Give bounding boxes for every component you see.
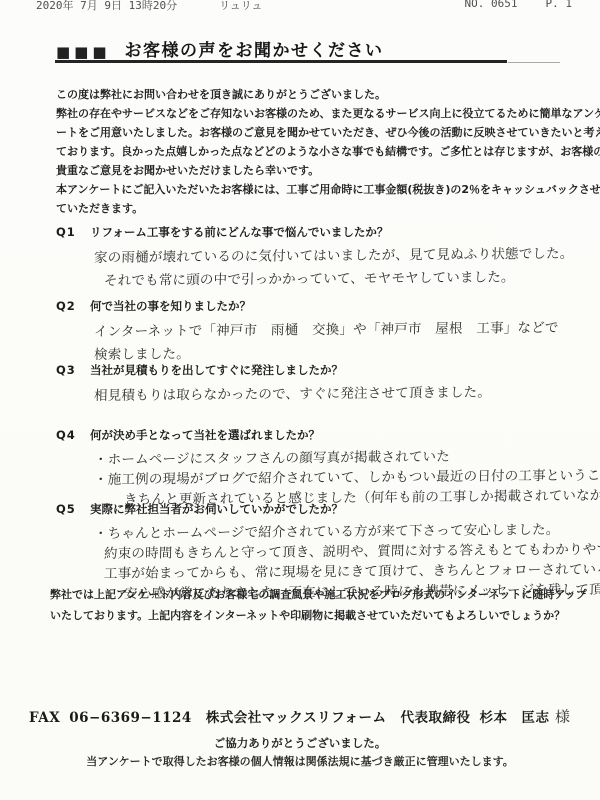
question-label: Q5 <box>56 502 90 516</box>
question-block-q3: Q3当社が見積もりを出してすぐに発注しましたか？ 相見積もりは取らなかったので、… <box>56 362 586 408</box>
question-block-q4: Q4何が決め手となって当社を選ばれましたか？ ・ホームページにスタッフさんの顔写… <box>56 427 586 510</box>
fax-page-number: P. 1 <box>546 0 573 10</box>
intro-line: ております。良かった点嬉しかった点などどのような小さな事でも結構です。ご多忙とは… <box>56 142 576 161</box>
question-label: Q3 <box>56 363 90 377</box>
question-header: Q1リフォーム工事をする前にどんな事で悩んでいましたか？ <box>56 224 586 240</box>
fax-datetime: 2020年 7月 9日 13時20分 <box>36 0 177 12</box>
company-name: 株式会社マックスリフォーム <box>206 710 387 726</box>
footer-note-line: 弊社では上記アンケート内容及びお客様宅の調査風景や施工状況をブログ形式のインター… <box>50 584 580 605</box>
question-text: 何で当社の事を知りましたか？ <box>90 299 251 313</box>
fax-header: 2020年 7月 9日 13時20分リュリュ NO. 0651P. 1 <box>0 0 600 15</box>
question-header: Q3当社が見積もりを出してすぐに発注しましたか？ <box>56 362 586 378</box>
title-underline-tail <box>508 62 560 63</box>
answer-line: 相見積もりは取らなかったので、すぐに発注させて頂きました。 <box>94 381 587 408</box>
fax-header-line: 2020年 7月 9日 13時20分リュリュ NO. 0651P. 1 <box>36 0 572 13</box>
title-underline <box>55 60 507 63</box>
intro-line: ていただきます。 <box>56 199 576 218</box>
fax-transmission-number: NO. 0651 <box>465 0 518 10</box>
publication-consent-note: 弊社では上記アンケート内容及びお客様宅の調査風景や施工状況をブログ形式のインター… <box>50 584 580 626</box>
handwritten-answer: 相見積もりは取らなかったので、すぐに発注させて頂きました。 <box>94 385 586 408</box>
intro-line: この度は弊社にお問い合わせを頂き誠にありがとうございました。 <box>56 85 576 104</box>
fax-number-page: NO. 0651P. 1 <box>465 0 572 10</box>
question-block-q2: Q2何で当社の事を知りましたか？ インターネットで「神戸市 雨樋 交換」や「神戸… <box>56 298 586 367</box>
privacy-note: 当アンケートで取得したお客様の個人情報は関係法規に基づき厳正に管理いたします。 <box>0 753 600 769</box>
handwritten-honorific: 様 <box>555 705 570 727</box>
scanned-survey-page: 2020年 7月 9日 13時20分リュリュ NO. 0651P. 1 ■■■お… <box>0 0 600 800</box>
question-text: リフォーム工事をする前にどんな事で悩んでいましたか？ <box>90 225 388 239</box>
question-text: 実際に弊社担当者がお伺いしていかがでしたか？ <box>90 502 343 516</box>
intro-line: 貴重なご意見をお聞かせいただけましたら幸いです。 <box>56 161 576 180</box>
fax-contact-number: 06−6369−1124 <box>69 710 192 726</box>
question-block-q1: Q1リフォーム工事をする前にどんな事で悩んでいましたか？ 家の雨樋が壊れているの… <box>56 224 586 293</box>
intro-line: ートをご用意いたしました。お客様のご意見を聞かせていただき、ぜひ今後の活動に反映… <box>56 123 576 142</box>
handwritten-answer: 家の雨樋が壊れているのに気付いてはいましたが、見て見ぬふり状態でした。 それでも… <box>94 247 586 293</box>
question-text: 当社が見積もりを出してすぐに発注しましたか？ <box>90 363 343 377</box>
section-title: ■■■お客様の声をお聞かせください <box>56 36 384 61</box>
intro-line: 本アンケートにご記入いただいたお客様には、工事ご用命時に工事金額(税抜き)の2％… <box>56 180 576 199</box>
page-title: お客様の声をお聞かせください <box>125 41 384 61</box>
footer-note-line: いたしております。上記内容をインターネットや印刷物に掲載させていただいてもよろし… <box>50 605 580 626</box>
representative-name: 杉本 匡志 <box>479 710 549 726</box>
question-label: Q4 <box>56 428 90 442</box>
question-label: Q2 <box>56 299 90 313</box>
title-squares-icon: ■■■ <box>56 43 111 61</box>
fax-label: FAX <box>29 710 60 726</box>
question-label: Q1 <box>56 225 90 239</box>
intro-paragraph: この度は弊社にお問い合わせを頂き誠にありがとうございました。 弊社の存在やサービ… <box>56 85 576 218</box>
fax-contact-line: FAX06−6369−1124株式会社マックスリフォーム代表取締役杉本 匡志様 <box>0 706 600 727</box>
question-text: 何が決め手となって当社を選ばれましたか？ <box>90 428 320 442</box>
question-header: Q2何で当社の事を知りましたか？ <box>56 298 586 314</box>
fax-sender: リュリュ <box>219 0 262 12</box>
question-header: Q5実際に弊社担当者がお伺いしていかがでしたか？ <box>56 501 586 517</box>
question-header: Q4何が決め手となって当社を選ばれましたか？ <box>56 427 586 443</box>
representative-title: 代表取締役 <box>400 710 470 726</box>
handwritten-answer: インターネットで「神戸市 雨樋 交換」や「神戸市 屋根 工事」などで 検索しまし… <box>94 321 586 367</box>
intro-line: 弊社の存在やサービスなどをご存知ないお客様のため、また更なるサービス向上に役立て… <box>56 104 576 123</box>
answer-line: それでも常に頭の中で引っかかっていて、モヤモヤしていました。 <box>104 266 587 293</box>
closing-thanks: ご協力ありがとうございました。 <box>0 735 600 751</box>
